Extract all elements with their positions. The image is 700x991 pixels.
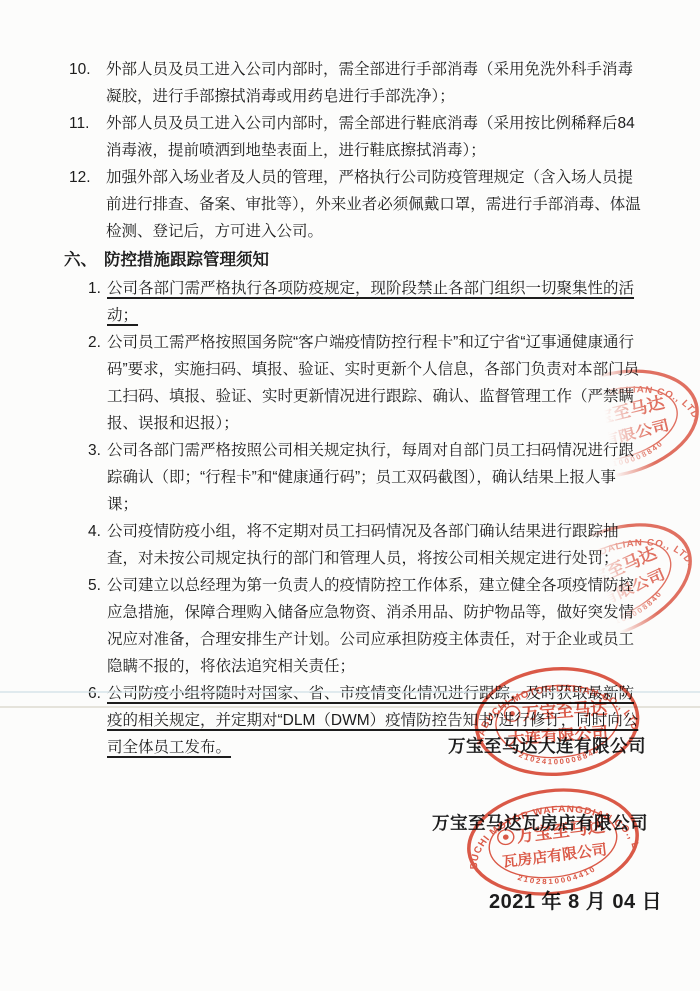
list-item-number: 4. <box>88 518 107 545</box>
company-seal-wafangdian: MABUCHI MOTOR WAFANGDIAN CO., LTD.万宝至马达瓦… <box>458 775 649 910</box>
list-item: 11.外部人员及员工进入公司内部时，需全部进行鞋底消毒（采用按比例稀释后84消毒… <box>0 110 700 164</box>
section-header: 六、 防控措施跟踪管理须知 <box>0 246 700 274</box>
list-item-number: 6. <box>88 680 107 707</box>
seal-icon: MABUCHI MOTOR DALIAN CO., LTD.万宝至马达大连有限公… <box>468 657 646 786</box>
list-item: 10.外部人员及员工进入公司内部时，需全部进行手部消毒（采用免洗外科手消毒凝胶，… <box>0 56 700 110</box>
list-item-number: 5. <box>88 572 107 599</box>
list-item-number: 2. <box>88 329 107 356</box>
company-seal-dalian: MABUCHI MOTOR DALIAN CO., LTD.万宝至马达大连有限公… <box>468 657 646 786</box>
list-item-number: 1. <box>88 275 107 302</box>
list-item: 12.加强外部入场业者及人员的管理，严格执行公司防疫管理规定（含入场人员提前进行… <box>0 164 700 245</box>
list-item-number: 12. <box>69 164 105 191</box>
list-item-text: 外部人员及员工进入公司内部时，需全部进行鞋底消毒（采用按比例稀释后84消毒液，提… <box>106 115 635 159</box>
svg-text:万宝至马达: 万宝至马达 <box>522 697 609 724</box>
section-title: 防控措施跟踪管理须知 <box>104 246 269 274</box>
list-item-text: 外部人员及员工进入公司内部时，需全部进行手部消毒（采用免洗外科手消毒凝胶，进行手… <box>106 61 633 105</box>
list-item-number: 3. <box>88 437 107 464</box>
list-item-text: 加强外部入场业者及人员的管理，严格执行公司防疫管理规定（含入场人员提前进行排查、… <box>106 169 641 240</box>
document-page: 10.外部人员及员工进入公司内部时，需全部进行手部消毒（采用免洗外科手消毒凝胶，… <box>0 0 700 991</box>
list-item-number: 10. <box>69 56 105 83</box>
list-item-text: 公司各部门需严格执行各项防疫规定，现阶段禁止各部门组织一切聚集性的活动； <box>107 280 634 324</box>
list-item: 1.公司各部门需严格执行各项防疫规定，现阶段禁止各部门组织一切聚集性的活动； <box>0 275 700 329</box>
svg-text:大连有限公司: 大连有限公司 <box>507 723 608 748</box>
list-item-number: 11. <box>69 110 105 137</box>
numbered-list-upper: 10.外部人员及员工进入公司内部时，需全部进行手部消毒（采用免洗外科手消毒凝胶，… <box>0 56 700 245</box>
section-number: 六、 <box>64 246 104 274</box>
seal-icon: MABUCHI MOTOR WAFANGDIAN CO., LTD.万宝至马达瓦… <box>458 775 649 910</box>
